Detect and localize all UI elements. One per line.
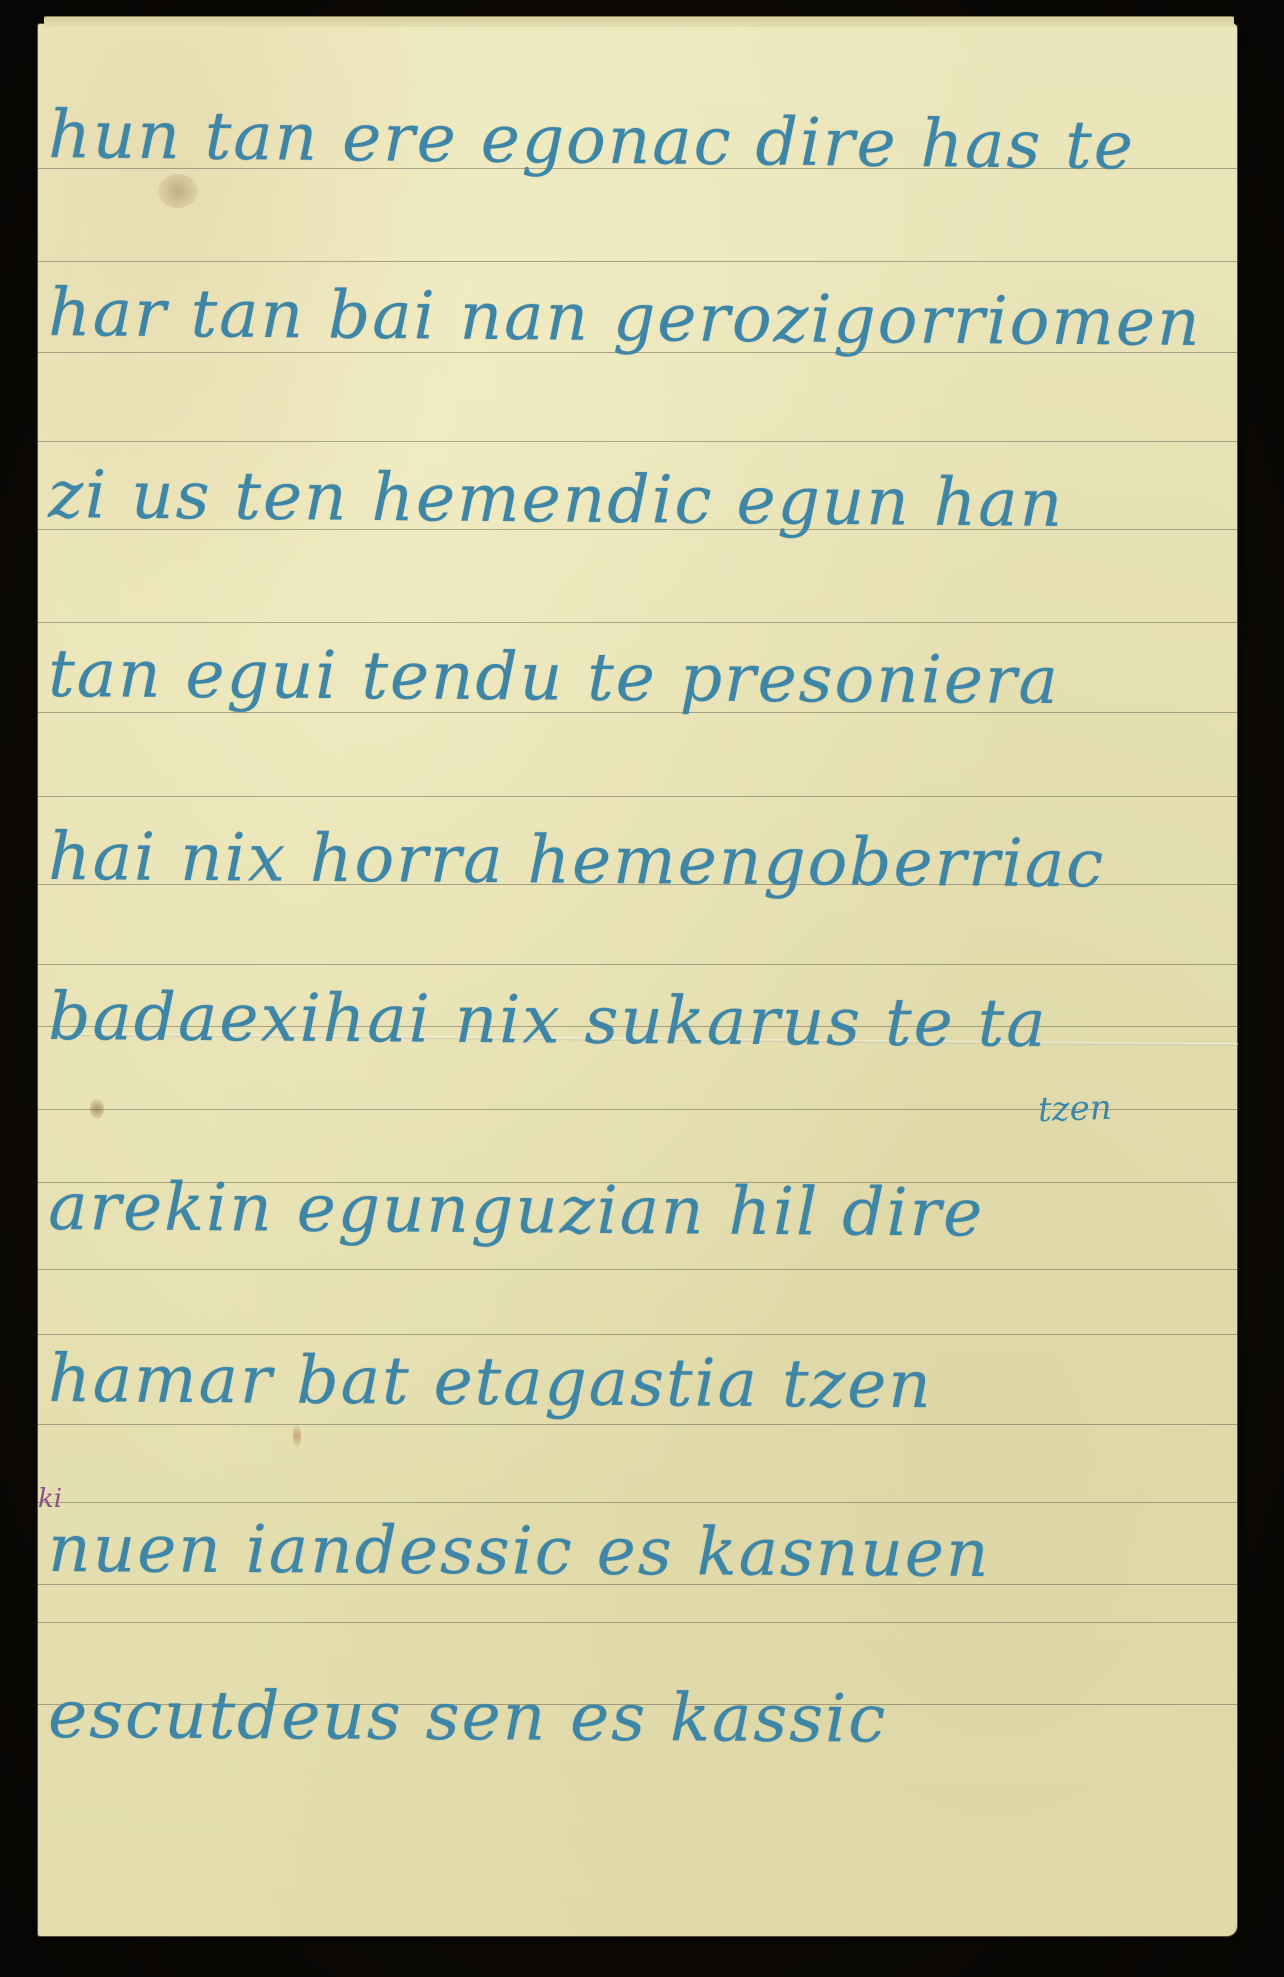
handwritten-insertion: tzen bbox=[1037, 1091, 1112, 1128]
ruled-line bbox=[38, 1622, 1237, 1623]
handwritten-line-4: tan egui tendu te presoniera bbox=[48, 641, 1060, 714]
handwritten-line-8: hamar bat etagastia tzen bbox=[48, 1346, 933, 1418]
handwritten-line-6: badaexihai nix sukarus te ta bbox=[48, 984, 1048, 1057]
ink-smudge bbox=[158, 174, 198, 208]
ruled-line bbox=[38, 964, 1237, 965]
handwritten-line-7: arekin egunguzian hil dire bbox=[48, 1174, 984, 1247]
ruled-line bbox=[38, 796, 1237, 797]
ruled-line bbox=[38, 1424, 1237, 1425]
ruled-line bbox=[38, 261, 1237, 262]
handwritten-line-10: escutdeus sen es kassic bbox=[48, 1682, 887, 1752]
letter-page: hun tan ere egonac dire has te har tan b… bbox=[38, 24, 1237, 1936]
handwritten-line-9: nuen iandessic es kasnuen bbox=[48, 1516, 991, 1587]
ruled-line bbox=[38, 622, 1237, 623]
ruled-line bbox=[38, 1502, 1237, 1503]
paper-stain bbox=[293, 1424, 301, 1448]
handwritten-line-2: har tan bai nan gerozigorriomen bbox=[48, 280, 1202, 356]
ruled-line bbox=[38, 441, 1237, 442]
handwritten-line-5: hai nix horra hemengoberriac bbox=[48, 824, 1105, 897]
ruled-line bbox=[38, 1334, 1237, 1335]
ruled-line bbox=[38, 1269, 1237, 1270]
handwritten-line-1: hun tan ere egonac dire has te bbox=[48, 102, 1135, 179]
handwritten-line-3: zi us ten hemendic egun han bbox=[48, 462, 1065, 537]
paper-fold-edge bbox=[44, 16, 1234, 27]
margin-annotation: ki bbox=[38, 1486, 62, 1512]
